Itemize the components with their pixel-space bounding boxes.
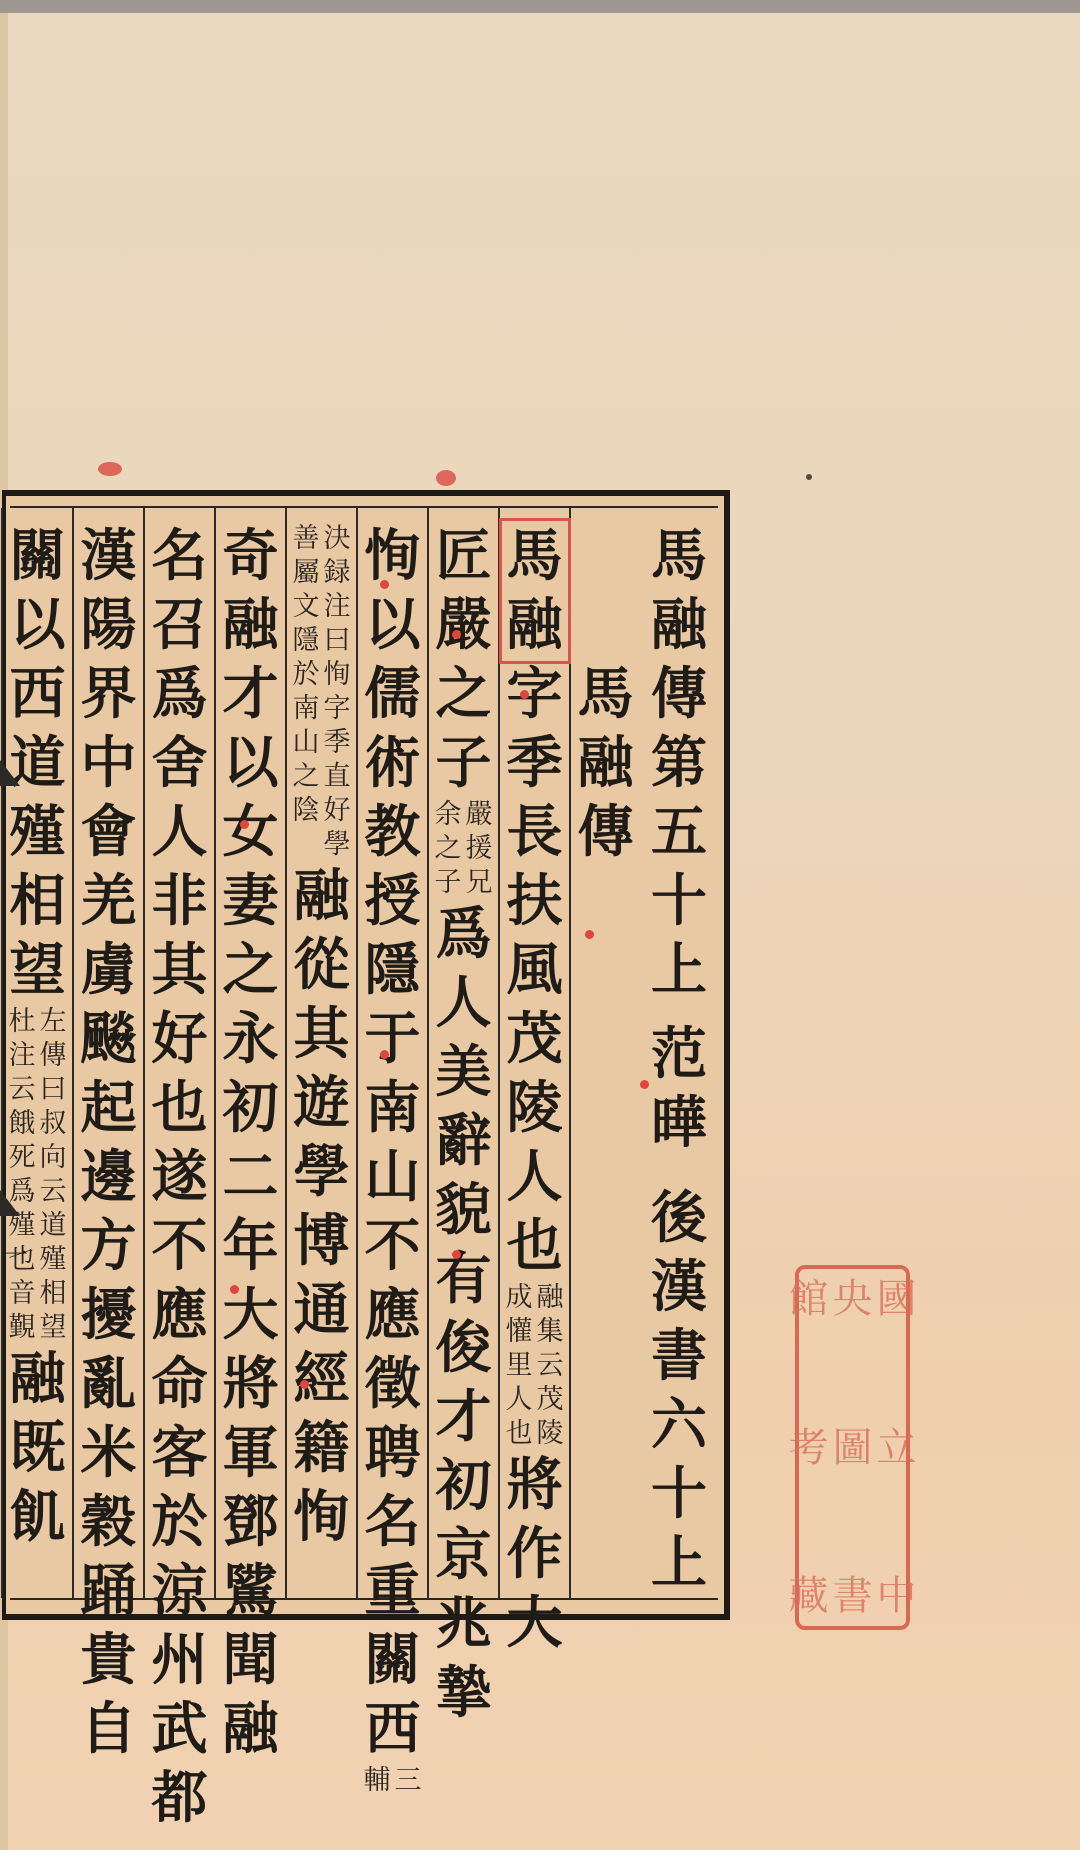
small-character: 音 [9,1277,36,1311]
character: 起 [77,1074,141,1143]
red-punctuation-mark [640,1080,649,1089]
character: 隱 [361,936,425,1005]
commentary-line-right: 決録注曰恂字季直好學 [324,522,351,862]
character: 上 [647,1529,711,1598]
character: 融 [647,591,711,660]
seal-character: 中 [877,1576,917,1616]
character: 關 [6,522,70,591]
character: 召 [148,591,212,660]
character: 妻 [219,867,283,936]
character: 馬 [647,522,711,591]
character: 女 [219,798,283,867]
character: 才 [432,1383,496,1452]
character: 京 [432,1521,496,1590]
character: 軍 [219,1419,283,1488]
character: 教 [361,798,425,867]
small-character: 傳 [40,1039,67,1073]
red-punctuation-mark [380,580,389,589]
character: 美 [432,1038,496,1107]
small-character: 爲 [9,1175,36,1209]
character: 鄧 [219,1488,283,1557]
character: 扶 [503,867,567,936]
character: 武 [148,1695,212,1764]
seal-character: 書 [833,1576,873,1616]
character: 名 [148,522,212,591]
character: 通 [290,1276,354,1345]
character: 也 [503,1212,567,1281]
character: 二 [219,1143,283,1212]
character: 馬 [574,660,638,729]
small-character: 云 [9,1073,36,1107]
small-character: 南 [293,692,320,726]
small-character: 三 [395,1764,422,1798]
title-column: 馬融傳第五十上 范曄 後漢書六十上 [640,508,718,1598]
character: 擾 [77,1281,141,1350]
small-character: 曰 [324,624,351,658]
text-column: 關以西道殣相望左傳曰叔向云道殣相望杜注云餓死爲殣也音覲融既飢 [1,508,72,1598]
character: 關 [361,1626,425,1695]
character: 既 [6,1414,70,1483]
character: 飢 [6,1483,70,1552]
character: 重 [361,1557,425,1626]
character: 傳 [647,660,711,729]
commentary-line-right: 三 [395,1764,422,1798]
small-character: 里 [506,1349,533,1383]
seal-character: 圖 [833,1428,873,1468]
character: 從 [290,931,354,1000]
small-character: 望 [40,1311,67,1345]
small-character: 嚴 [466,798,493,832]
small-character: 云 [40,1175,67,1209]
small-character: 覲 [9,1311,36,1345]
commentary-note: 融集云茂陵成懽里人也 [503,1281,567,1451]
seal-column: 館考藏 [789,1279,829,1616]
small-character: 死 [9,1141,36,1175]
character: 年 [219,1212,283,1281]
character: 嚴 [432,591,496,660]
character: 才 [219,660,283,729]
red-mark [98,462,122,476]
character: 貴 [77,1626,141,1695]
character: 穀 [77,1488,141,1557]
small-character: 道 [40,1209,67,1243]
character: 貌 [432,1176,496,1245]
character: 漢 [77,522,141,591]
character: 將 [503,1451,567,1520]
character: 范 [647,1020,711,1089]
character: 好 [148,1005,212,1074]
commentary-line-left: 余之子 [435,798,462,900]
character: 匠 [432,522,496,591]
text-column: 奇融才以女妻之永初二年大將軍鄧騭聞融 [214,508,285,1598]
small-character: 相 [40,1277,67,1311]
character: 曄 [647,1089,711,1158]
small-character: 善 [293,522,320,556]
character: 大 [503,1589,567,1658]
character: 六 [647,1391,711,1460]
biography-heading: 馬融傳 [574,660,638,867]
seal-column: 央圖書 [833,1279,873,1616]
character: 相 [6,867,70,936]
character: 也 [148,1074,212,1143]
character: 上 [647,936,711,1005]
text-column: 恂以儒術教授隱于南山不應徵聘名重關西三輔 [356,508,427,1598]
character: 十 [647,1460,711,1529]
character: 五 [647,798,711,867]
red-mark [436,470,456,486]
small-character: 字 [324,692,351,726]
character: 中 [77,729,141,798]
small-character: 隱 [293,624,320,658]
small-character: 左 [40,1005,67,1039]
character: 人 [432,969,496,1038]
small-character: 向 [40,1141,67,1175]
character: 融 [503,591,567,660]
small-character: 人 [506,1383,533,1417]
character: 殣 [6,798,70,867]
name-highlight-box: 馬融 [503,522,567,660]
commentary-note: 決録注曰恂字季直好學善屬文隱於南山之陰 [290,522,354,862]
character: 以 [219,729,283,798]
small-character: 於 [293,658,320,692]
small-character: 注 [324,590,351,624]
character: 之 [219,936,283,1005]
small-character: 學 [324,828,351,862]
library-seal-stamp: 國立中央圖書館考藏 [795,1265,910,1630]
small-character: 之 [435,832,462,866]
text-column: 名召爲舍人非其好也遂不應命客於涼州武都 [143,508,214,1598]
subtitle-column: 馬融傳 [569,508,640,1598]
character: 飈 [77,1005,141,1074]
small-character: 季 [324,726,351,760]
small-character: 茂 [537,1383,564,1417]
small-character: 援 [466,832,493,866]
small-character: 融 [537,1281,564,1315]
small-character: 餓 [9,1107,36,1141]
character: 米 [77,1419,141,1488]
character: 會 [77,798,141,867]
commentary-line-right: 融集云茂陵 [537,1281,564,1451]
seal-character: 央 [833,1279,873,1319]
seal-character: 藏 [789,1576,829,1616]
small-character: 注 [9,1039,36,1073]
character: 陵 [503,1074,567,1143]
small-character: 余 [435,798,462,832]
character: 不 [361,1212,425,1281]
character: 其 [290,1000,354,1069]
character: 融 [6,1345,70,1414]
character: 初 [219,1074,283,1143]
small-character: 杜 [9,1005,36,1039]
character: 茂 [503,1005,567,1074]
author-name: 范曄 [647,1020,711,1158]
character: 將 [219,1350,283,1419]
red-punctuation-mark [380,1050,389,1059]
character: 兆 [432,1590,496,1659]
small-character: 集 [537,1315,564,1349]
character: 十 [647,867,711,936]
small-character: 山 [293,726,320,760]
character: 摯 [432,1659,496,1728]
character: 人 [503,1143,567,1212]
small-character: 直 [324,760,351,794]
character: 傳 [574,798,638,867]
character: 應 [148,1281,212,1350]
character: 經 [290,1345,354,1414]
commentary-line-left: 輔 [364,1764,391,1798]
small-character: 也 [506,1417,533,1451]
character: 應 [361,1281,425,1350]
character: 長 [503,798,567,867]
red-punctuation-mark [520,690,529,699]
small-character: 懽 [506,1315,533,1349]
character: 大 [219,1281,283,1350]
commentary-line-left: 善屬文隱於南山之陰 [293,522,320,862]
commentary-line-left: 成懽里人也 [506,1281,533,1451]
red-punctuation-mark [452,630,461,639]
character: 方 [77,1212,141,1281]
character: 西 [361,1695,425,1764]
character: 虜 [77,936,141,1005]
character: 客 [148,1419,212,1488]
character: 馬 [503,522,567,591]
leaf-number: 一 [2,1235,28,1272]
text-column: 決録注曰恂字季直好學善屬文隱於南山之陰融從其遊學博通經籍恂 [285,508,356,1598]
character: 恂 [290,1483,354,1552]
small-character: 輔 [364,1764,391,1798]
character: 書 [647,1322,711,1391]
text-block: 馬融傳第五十上 范曄 後漢書六十上 馬融傳 馬融字季長扶風茂陵人也融集云茂陵成懽… [10,506,718,1600]
character: 踊 [77,1557,141,1626]
character: 初 [432,1452,496,1521]
character: 字 [503,660,567,729]
character: 爲 [432,900,496,969]
character: 遊 [290,1069,354,1138]
character: 邊 [77,1143,141,1212]
character: 第 [647,729,711,798]
character: 奇 [219,522,283,591]
red-punctuation-mark [300,1380,309,1389]
book-title: 後漢書六十上 [647,1184,711,1598]
small-character: 録 [324,556,351,590]
commentary-note: 三輔 [361,1764,425,1798]
character: 融 [219,591,283,660]
character: 聘 [361,1419,425,1488]
character: 亂 [77,1350,141,1419]
commentary-line-right: 左傳曰叔向云道殣相望 [40,1005,67,1345]
small-character: 成 [506,1281,533,1315]
text-column: 匠嚴之子嚴援兄余之子爲人美辭貌有俊才初京兆摯 [427,508,498,1598]
text-column: 馬融字季長扶風茂陵人也融集云茂陵成懽里人也將作大 [498,508,569,1598]
character: 以 [361,591,425,660]
character: 後 [647,1184,711,1253]
character: 徵 [361,1350,425,1419]
character: 授 [361,867,425,936]
small-character: 陵 [537,1417,564,1451]
commentary-note: 左傳曰叔向云道殣相望杜注云餓死爲殣也音覲 [6,1005,70,1345]
red-punctuation-mark [230,1285,239,1294]
character: 於 [148,1488,212,1557]
character: 望 [6,936,70,1005]
character: 爲 [148,660,212,729]
small-character: 決 [324,522,351,556]
character: 永 [219,1005,283,1074]
red-punctuation-mark [452,1250,461,1259]
character: 南 [361,1074,425,1143]
character: 作 [503,1520,567,1589]
character: 于 [361,1005,425,1074]
character: 籍 [290,1414,354,1483]
character: 季 [503,729,567,798]
character: 學 [290,1138,354,1207]
character: 術 [361,729,425,798]
character: 其 [148,936,212,1005]
character: 騭 [219,1557,283,1626]
small-character: 曰 [40,1073,67,1107]
small-character: 子 [435,866,462,900]
small-character: 陰 [293,794,320,828]
character: 儒 [361,660,425,729]
small-character: 云 [537,1349,564,1383]
seal-character: 館 [789,1279,829,1319]
character: 道 [6,729,70,798]
small-character: 之 [293,760,320,794]
character: 陽 [77,591,141,660]
character: 之 [432,660,496,729]
character: 羌 [77,867,141,936]
small-character: 屬 [293,556,320,590]
character: 自 [77,1695,141,1764]
small-character: 文 [293,590,320,624]
character: 非 [148,867,212,936]
character: 涼 [148,1557,212,1626]
printed-frame: 馬融傳第五十上 范曄 後漢書六十上 馬融傳 馬融字季長扶風茂陵人也融集云茂陵成懽… [2,490,730,1620]
commentary-line-right: 嚴援兄 [466,798,493,900]
character: 人 [148,798,212,867]
small-character: 兄 [466,866,493,900]
text-columns: 馬融傳第五十上 范曄 後漢書六十上 馬融傳 馬融字季長扶風茂陵人也融集云茂陵成懽… [10,508,718,1598]
chapter-title: 馬融傳第五十上 [647,522,711,1005]
small-character: 叔 [40,1107,67,1141]
text-column: 漢陽界中會羌虜飈起邊方擾亂米穀踊貴自 [72,508,143,1598]
character: 州 [148,1626,212,1695]
commentary-note: 嚴援兄余之子 [432,798,496,900]
small-character: 好 [324,794,351,828]
character: 名 [361,1488,425,1557]
scan-top-edge [0,0,1080,13]
character: 融 [290,862,354,931]
character: 恂 [361,522,425,591]
character: 有 [432,1245,496,1314]
character: 博 [290,1207,354,1276]
character: 都 [148,1764,212,1833]
character: 風 [503,936,567,1005]
character: 聞 [219,1626,283,1695]
character: 融 [574,729,638,798]
character: 山 [361,1143,425,1212]
seal-character: 立 [877,1428,917,1468]
red-punctuation-mark [240,820,249,829]
character: 西 [6,660,70,729]
character: 辭 [432,1107,496,1176]
character: 命 [148,1350,212,1419]
character: 漢 [647,1253,711,1322]
character: 舍 [148,729,212,798]
commentary-line-left: 杜注云餓死爲殣也音覲 [9,1005,36,1345]
small-character: 恂 [324,658,351,692]
seal-character: 國 [877,1279,917,1319]
character: 俊 [432,1314,496,1383]
character: 子 [432,729,496,798]
character: 融 [219,1695,283,1764]
character: 界 [77,660,141,729]
ink-speck [806,474,812,480]
seal-character: 考 [789,1428,829,1468]
red-punctuation-mark [585,930,594,939]
small-character: 殣 [40,1243,67,1277]
character: 不 [148,1212,212,1281]
character: 遂 [148,1143,212,1212]
seal-column: 國立中 [877,1279,917,1616]
character: 以 [6,591,70,660]
